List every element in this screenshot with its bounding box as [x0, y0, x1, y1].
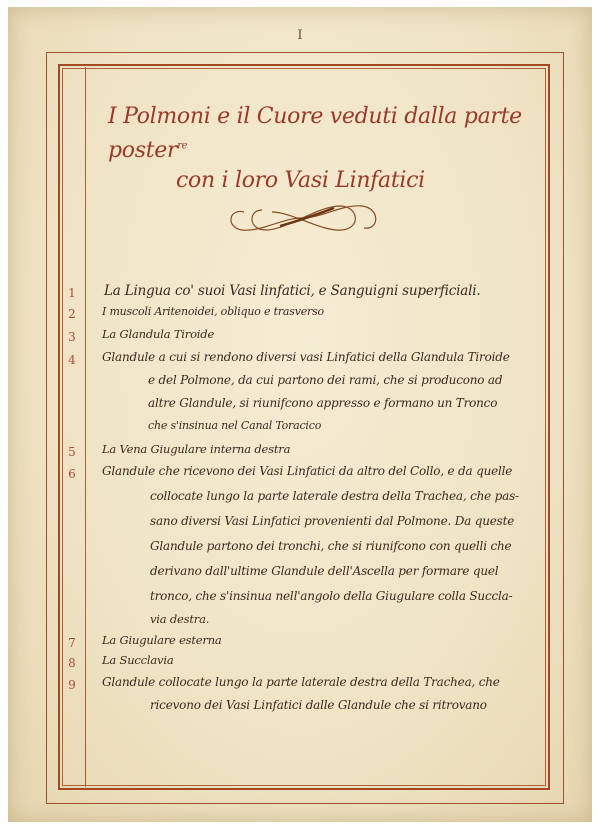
entry-number: 9	[62, 678, 82, 692]
calligraphic-flourish-icon	[222, 198, 382, 238]
entry-text: Glandule partono dei tronchi, che si riu…	[150, 539, 511, 553]
entry-number: 4	[62, 353, 82, 367]
entry-number: 8	[62, 656, 82, 670]
entry-text: sano diversi Vasi Linfatici provenienti …	[150, 514, 514, 528]
entry-text: Glandule a cui si rendono diversi vasi L…	[102, 350, 510, 364]
entry-text: La Vena Giugulare interna destra	[102, 442, 290, 456]
entry-text: La Glandula Tiroide	[102, 327, 214, 341]
entry-number: 5	[62, 445, 82, 459]
entry-text: via destra.	[150, 612, 209, 626]
entry-text: e del Polmone, da cui partono dei rami, …	[148, 373, 502, 387]
entry-number: 7	[62, 636, 82, 650]
entry-number: 6	[62, 467, 82, 481]
entry-text: La Lingua co' suoi Vasi linfatici, e San…	[104, 283, 480, 299]
entry-text: derivano dall'ultime Glandule dell'Ascel…	[150, 564, 498, 578]
title-line-2: con i loro Vasi Linfatici	[108, 166, 548, 196]
entry-number: 3	[62, 330, 82, 344]
entry-text: I muscoli Aritenoidei, obliquo e trasver…	[102, 305, 324, 318]
entry-text: La Giugulare esterna	[102, 633, 222, 647]
page-number: I	[292, 28, 308, 43]
entry-text: che s'insinua nel Canal Toracico	[148, 419, 321, 432]
entry-text: collocate lungo la parte laterale destra…	[150, 489, 519, 503]
entry-number: 1	[62, 286, 82, 300]
number-margin-rule	[85, 67, 86, 787]
entry-text: Glandule collocate lungo la parte latera…	[102, 675, 500, 689]
entry-number: 2	[62, 307, 82, 321]
entry-text: tronco, che s'insinua nell'angolo della …	[150, 589, 512, 603]
entry-text: ricevono dei Vasi Linfatici dalle Glandu…	[150, 698, 487, 712]
entry-text: La Succlavia	[102, 653, 173, 667]
page-title: I Polmoni e il Cuore veduti dalla parte …	[108, 102, 548, 196]
entry-text: Glandule che ricevono dei Vasi Linfatici…	[102, 464, 512, 478]
title-line-1: I Polmoni e il Cuore veduti dalla parte …	[108, 104, 522, 163]
entry-text: altre Glandule, si riunifcono appresso e…	[148, 396, 497, 410]
